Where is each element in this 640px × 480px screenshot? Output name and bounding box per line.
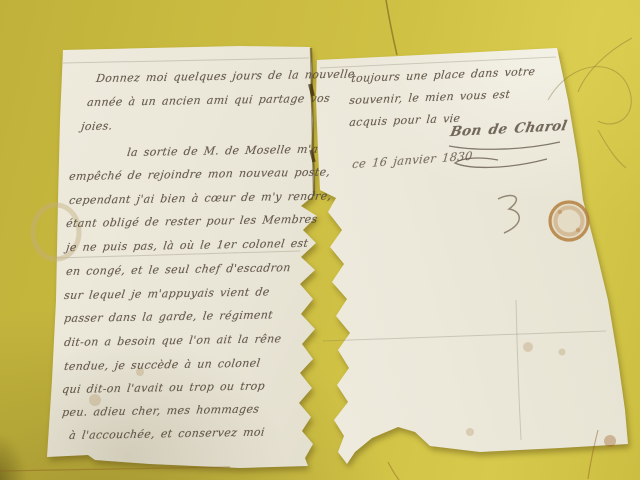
date-line: ce 16 janvier 1830	[352, 149, 474, 172]
pen-flourish-mark	[498, 196, 519, 233]
handwritten-line: je ne puis pas, là où le 1er colonel est	[65, 237, 309, 254]
handwritten-line: dit-on a besoin que l'on ait la rêne	[63, 332, 282, 349]
handwritten-line: en congé, et le seul chef d'escadron	[65, 261, 291, 278]
backing-scribble-marks	[548, 38, 632, 168]
handwritten-line: joies.	[80, 119, 113, 133]
signature: Bon de Charol	[449, 118, 569, 140]
backing-crease-top	[386, 0, 397, 55]
handwritten-line: cependant j'ai bien à cœur de m'y rendre…	[68, 189, 332, 207]
photo-of-letter-on-yellow-backing: Donnez moi quelques jours de la nouvelle…	[0, 0, 640, 480]
handwritten-line: empêché de rejoindre mon nouveau poste,	[68, 165, 331, 183]
bottom-left-corner-shadow	[0, 432, 28, 480]
handwritten-line: Donnez moi quelques jours de la nouvelle	[95, 67, 355, 85]
handwritten-line: sur lequel je m'appuyais vient de	[63, 285, 270, 302]
handwritten-line: à l'accouchée, et conservez moi	[68, 426, 265, 442]
handwritten-line: tendue, je succède à un colonel	[63, 357, 261, 373]
handwritten-line: passer dans la garde, le régiment	[63, 308, 273, 325]
handwritten-line: toujours une place dans votre	[351, 65, 536, 85]
handwritten-line: souvenir, le mien vous est	[349, 88, 511, 107]
handwritten-line: la sortie de M. de Moselle m'a	[126, 143, 319, 159]
handwritten-line: peu. adieu cher, mes hommages	[61, 403, 260, 419]
handwritten-line: qui dit-on l'avait ou trop ou trop	[61, 379, 265, 396]
handwritten-line: année à un ancien ami qui partage vos	[86, 92, 330, 109]
handwritten-line: étant obligé de rester pour les Membres	[65, 213, 318, 230]
handwritten-line: acquis pour la vie	[349, 112, 461, 129]
seal-ring-stain	[550, 202, 588, 240]
